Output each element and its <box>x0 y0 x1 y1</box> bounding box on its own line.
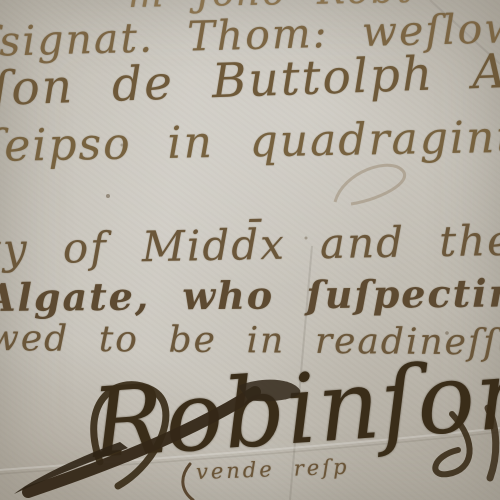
manuscript-line: ſeipso in quadragint: <box>0 111 500 172</box>
manuscript-line: ty of Midd̄x and then an <box>0 214 500 274</box>
manuscript-photo: m Johō Robt ſsignat. Thom: weſlowe ſon d… <box>0 0 500 500</box>
show-through-loop <box>335 165 405 204</box>
manuscript-line: Algate, who ſuſpecting h <box>0 270 500 320</box>
footer-fragment: vende reſp <box>196 455 350 484</box>
ink-speck <box>106 194 110 198</box>
